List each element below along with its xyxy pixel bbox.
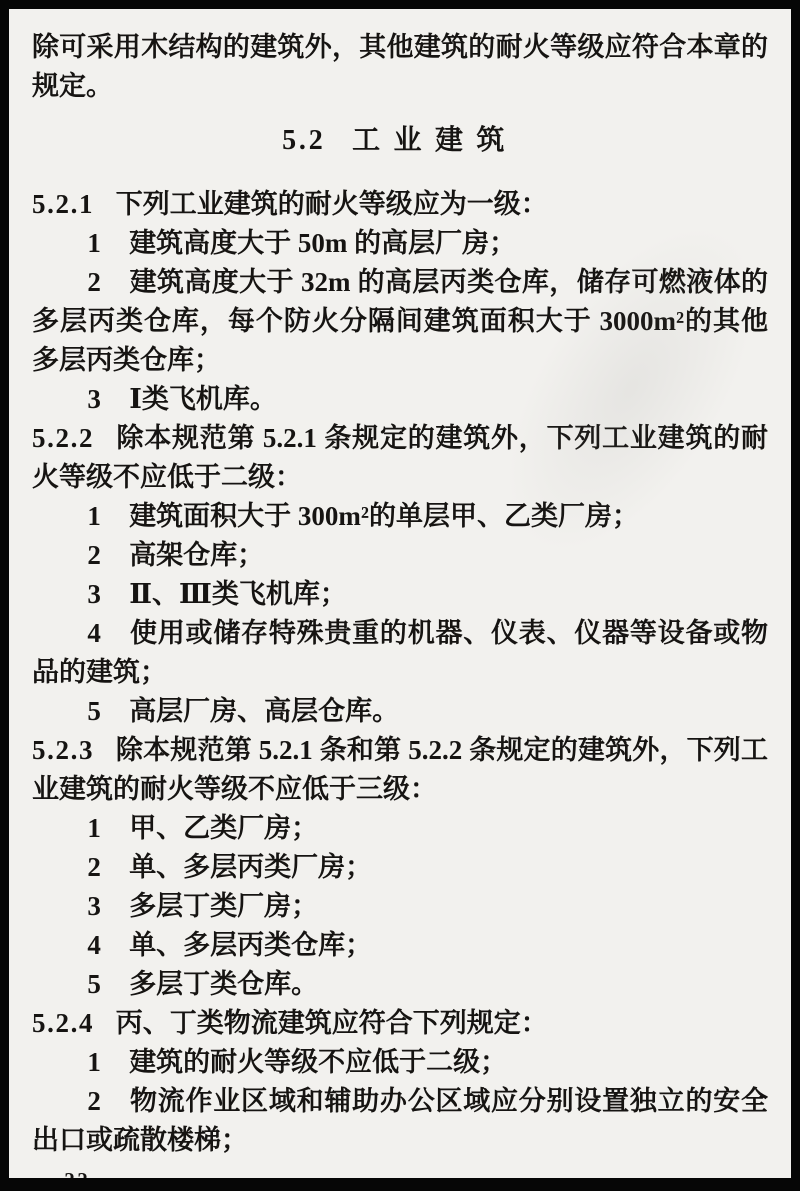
clause-5-2-2-item-5: 5高层厂房、高层仓库。 <box>32 692 768 731</box>
clause-5-2-1: 5.2.1下列工业建筑的耐火等级应为一级： <box>32 185 768 224</box>
item-text: 高架仓库； <box>129 540 264 570</box>
clause-5-2-2-item-4: 4使用或储存特殊贵重的机器、仪表、仪器等设备或物品的建筑； <box>32 614 768 692</box>
clause-number: 5.2.3 <box>32 735 94 765</box>
item-number: 3 <box>87 891 101 921</box>
item-number: 2 <box>87 852 101 882</box>
item-text: 多层丁类仓库。 <box>129 969 318 999</box>
item-text: Ⅱ、Ⅲ类飞机库； <box>129 579 347 609</box>
clause-text: 下列工业建筑的耐火等级应为一级： <box>116 189 548 219</box>
clause-5-2-1-item-2: 2建筑高度大于 32m 的高层丙类仓库，储存可燃液体的多层丙类仓库，每个防火分隔… <box>32 263 768 380</box>
item-number: 1 <box>87 813 101 843</box>
item-text: Ⅰ类飞机库。 <box>129 384 277 414</box>
scan-border-frame: 除可采用木结构的建筑外，其他建筑的耐火等级应符合本章的规定。 5.2工业建筑 5… <box>0 0 800 1191</box>
clause-5-2-4: 5.2.4丙、丁类物流建筑应符合下列规定： <box>32 1004 768 1043</box>
clause-5-2-1-item-1: 1建筑高度大于 50m 的高层厂房； <box>32 224 768 263</box>
item-text: 单、多层丙类厂房； <box>129 852 372 882</box>
item-number: 3 <box>87 384 101 414</box>
footer-dot: • <box>47 1173 55 1178</box>
clause-5-2-3-item-5: 5多层丁类仓库。 <box>32 965 768 1004</box>
clause-5-2-3-item-4: 4单、多层丙类仓库； <box>32 926 768 965</box>
item-text: 建筑的耐火等级不应低于二级； <box>129 1047 507 1077</box>
clause-5-2-4-item-2: 2物流作业区域和辅助办公区域应分别设置独立的安全出口或疏散楼梯； <box>32 1082 768 1160</box>
item-number: 5 <box>87 696 101 726</box>
section-heading: 5.2工业建筑 <box>32 121 768 160</box>
item-number: 4 <box>87 930 101 960</box>
clause-5-2-2: 5.2.2除本规范第 5.2.1 条规定的建筑外，下列工业建筑的耐火等级不应低于… <box>32 419 768 497</box>
item-number: 2 <box>87 540 101 570</box>
clause-number: 5.2.2 <box>32 423 94 453</box>
intro-paragraph: 除可采用木结构的建筑外，其他建筑的耐火等级应符合本章的规定。 <box>32 28 768 106</box>
section-number: 5.2 <box>282 125 325 156</box>
clause-5-2-2-item-3: 3Ⅱ、Ⅲ类飞机库； <box>32 575 768 614</box>
clause-text: 丙、丁类物流建筑应符合下列规定： <box>116 1008 548 1038</box>
item-text: 多层丁类厂房； <box>129 891 318 921</box>
item-text: 建筑高度大于 50m 的高层厂房； <box>129 228 516 258</box>
document-page: 除可采用木结构的建筑外，其他建筑的耐火等级应符合本章的规定。 5.2工业建筑 5… <box>9 9 791 1178</box>
item-number: 5 <box>87 969 101 999</box>
clause-5-2-3-item-3: 3多层丁类厂房； <box>32 887 768 926</box>
clause-5-2-1-item-3: 3Ⅰ类飞机库。 <box>32 380 768 419</box>
item-number: 3 <box>87 579 101 609</box>
footer-dot: • <box>100 1173 108 1178</box>
clause-text: 除本规范第 5.2.1 条和第 5.2.2 条规定的建筑外，下列工业建筑的耐火等… <box>32 735 768 804</box>
item-text: 甲、乙类厂房； <box>129 813 318 843</box>
clause-number: 5.2.4 <box>32 1008 94 1038</box>
item-number: 2 <box>87 267 101 297</box>
clause-5-2-4-item-1: 1建筑的耐火等级不应低于二级； <box>32 1043 768 1082</box>
clause-5-2-3-item-1: 1甲、乙类厂房； <box>32 809 768 848</box>
clause-5-2-2-item-1: 1建筑面积大于 300m²的单层甲、乙类厂房； <box>32 497 768 536</box>
item-number: 1 <box>87 228 101 258</box>
clause-5-2-2-item-2: 2高架仓库； <box>32 536 768 575</box>
item-text: 高层厂房、高层仓库。 <box>129 696 399 726</box>
clause-text: 除本规范第 5.2.1 条规定的建筑外，下列工业建筑的耐火等级不应低于二级： <box>32 423 768 492</box>
item-number: 1 <box>87 501 101 531</box>
page-footer: •22• <box>32 1167 768 1178</box>
clause-5-2-3-item-2: 2单、多层丙类厂房； <box>32 848 768 887</box>
item-text: 建筑面积大于 300m²的单层甲、乙类厂房； <box>129 501 639 531</box>
item-text: 单、多层丙类仓库； <box>129 930 372 960</box>
clause-5-2-3: 5.2.3除本规范第 5.2.1 条和第 5.2.2 条规定的建筑外，下列工业建… <box>32 731 768 809</box>
item-number: 1 <box>87 1047 101 1077</box>
item-number: 2 <box>87 1086 101 1116</box>
clause-number: 5.2.1 <box>32 189 94 219</box>
item-text: 建筑高度大于 32m 的高层丙类仓库，储存可燃液体的多层丙类仓库，每个防火分隔间… <box>32 267 768 375</box>
item-number: 4 <box>87 618 101 648</box>
item-text: 物流作业区域和辅助办公区域应分别设置独立的安全出口或疏散楼梯； <box>32 1086 768 1155</box>
section-title: 工业建筑 <box>352 125 518 156</box>
item-text: 使用或储存特殊贵重的机器、仪表、仪器等设备或物品的建筑； <box>32 618 768 687</box>
page-number: 22 <box>64 1168 90 1178</box>
